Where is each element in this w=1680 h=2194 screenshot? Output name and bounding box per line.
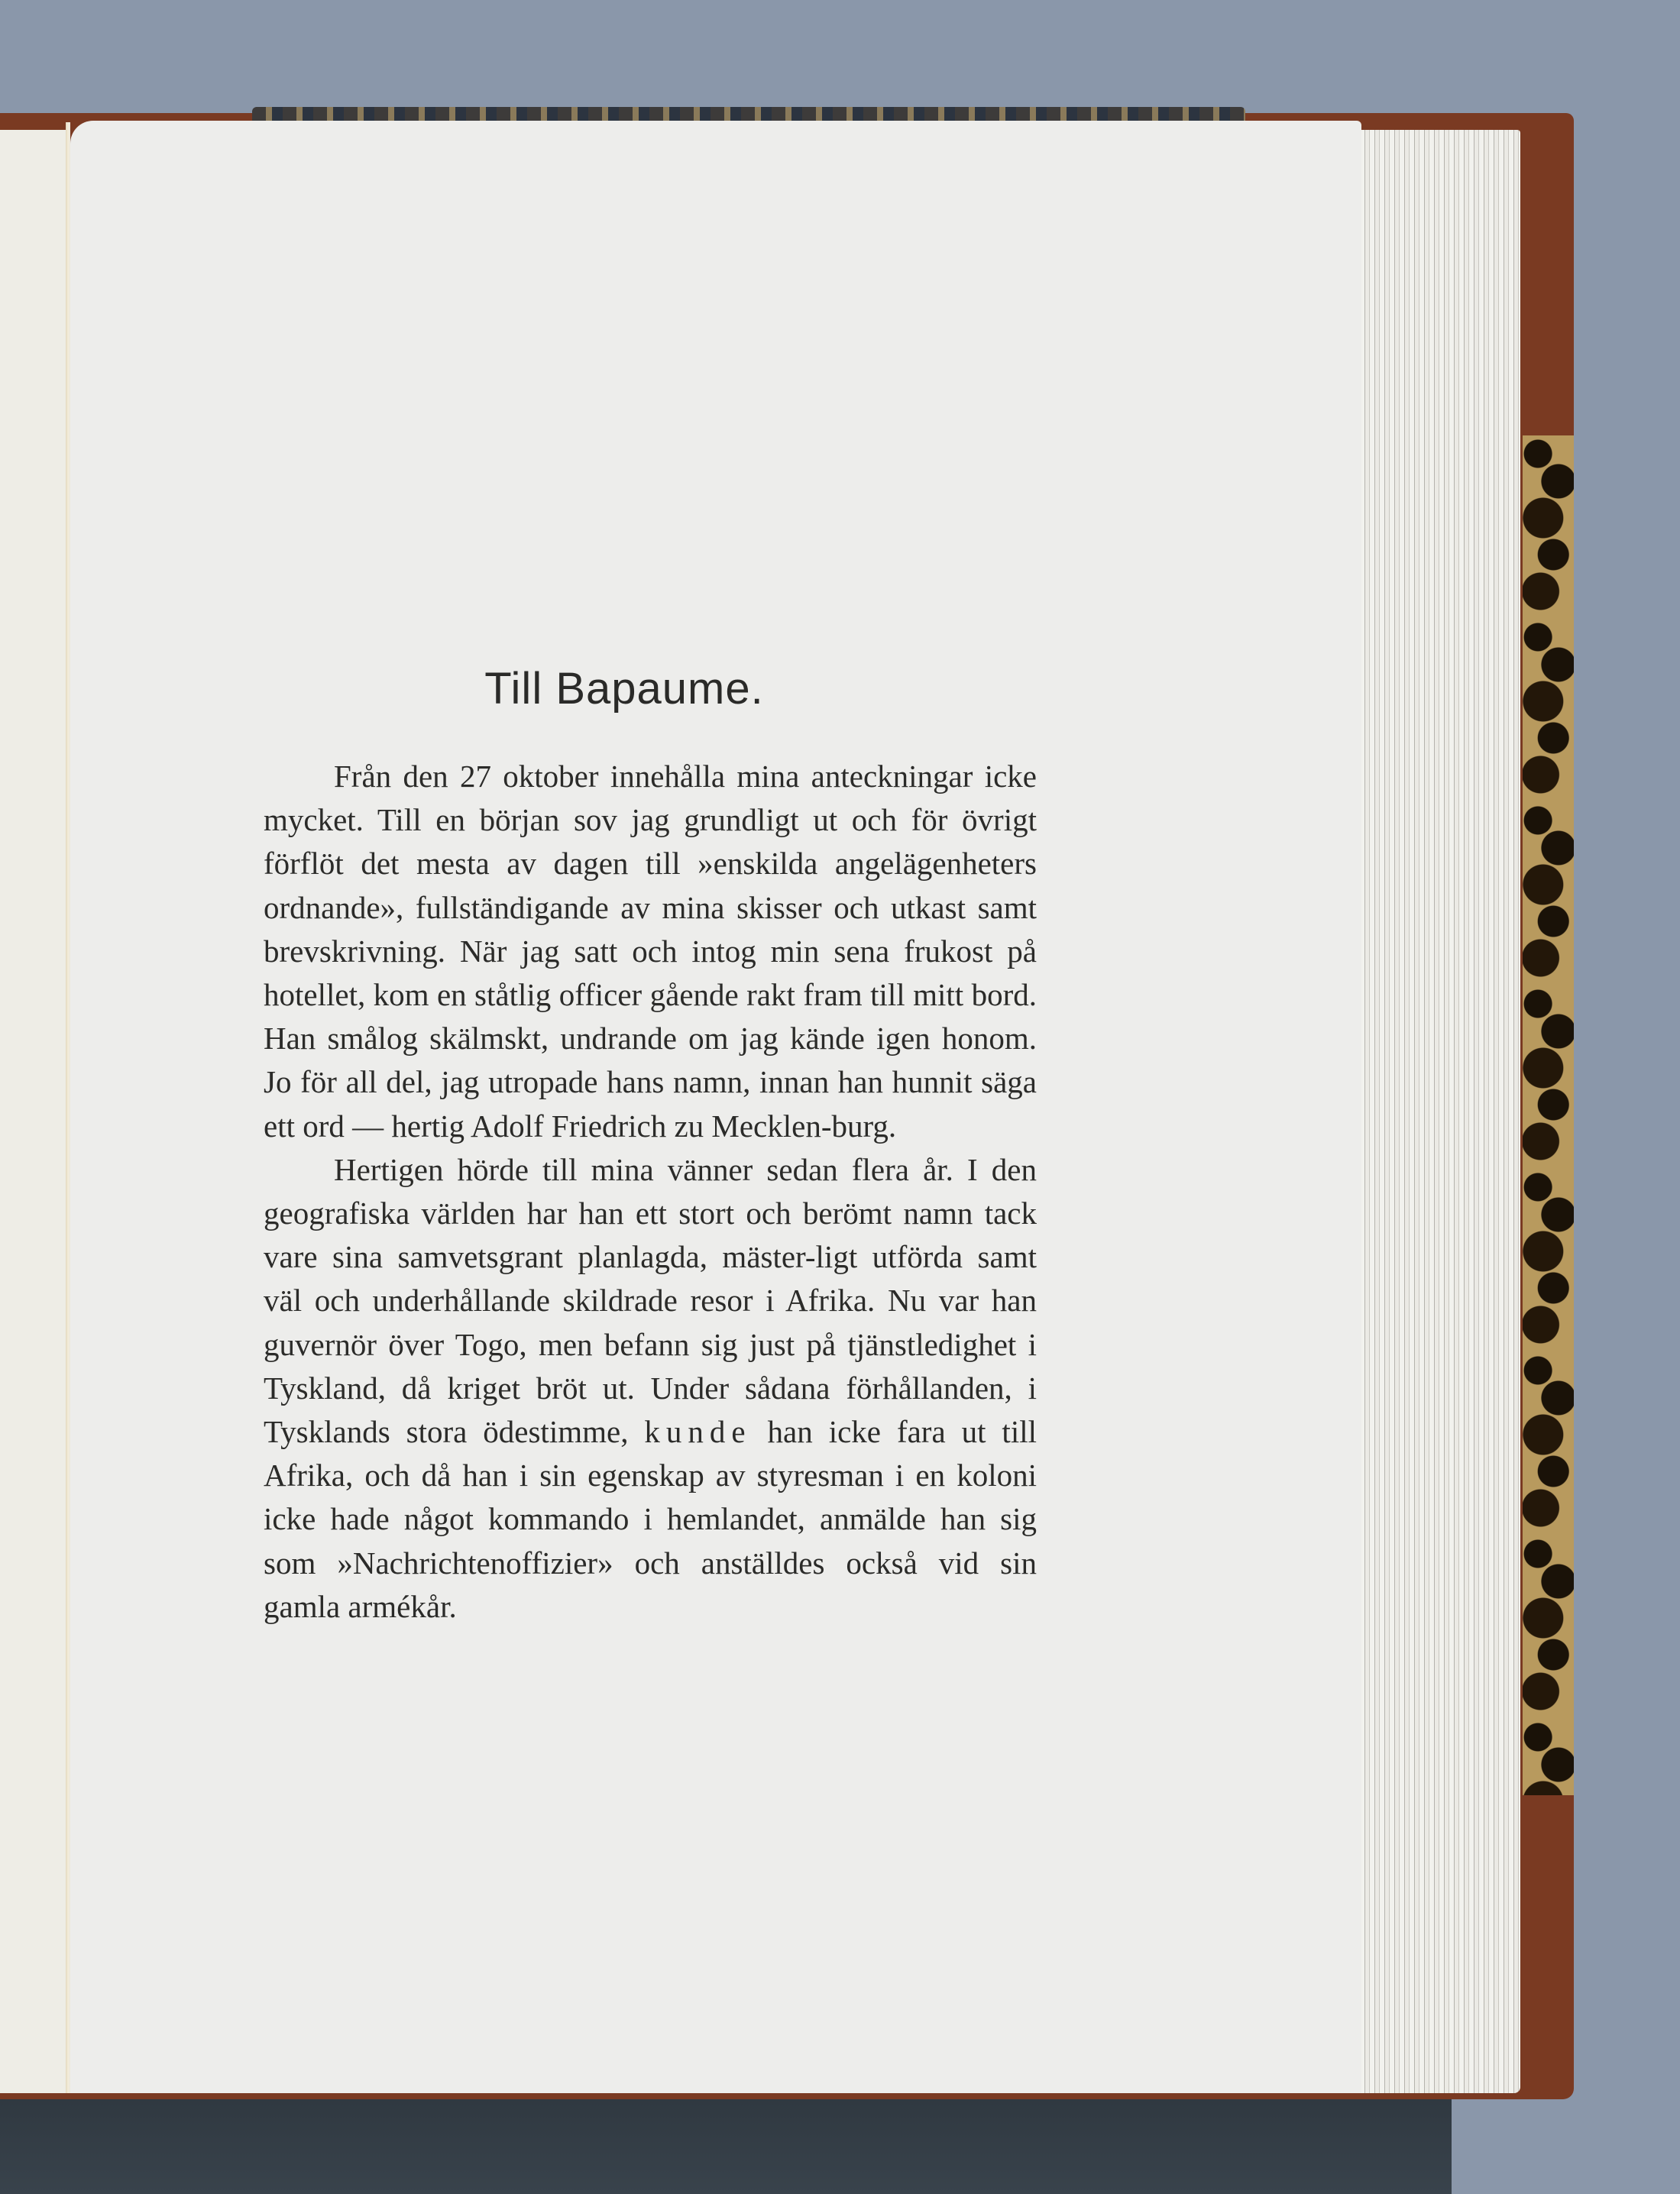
table-shadow [0,2093,1452,2194]
paragraph-2: Hertigen hörde till mina vänner sedan fl… [264,1148,1037,1629]
paragraph-2-text-a: Hertigen hörde till mina vänner sedan fl… [264,1152,1037,1449]
spaced-emphasis: kunde [644,1414,751,1449]
body-text: Från den 27 oktober innehålla mina antec… [264,755,1037,1629]
right-page: Till Bapaume. Från den 27 oktober innehå… [70,121,1361,2093]
chapter-title: Till Bapaume. [70,663,1361,714]
book-gutter [66,122,70,2093]
left-page [0,130,69,2093]
marbled-cover-edge [1523,435,1574,1795]
page-edge-stack [1360,130,1520,2093]
paragraph-1-text: Från den 27 oktober innehålla mina antec… [264,759,1037,1144]
paragraph-1: Från den 27 oktober innehålla mina antec… [264,755,1037,1148]
